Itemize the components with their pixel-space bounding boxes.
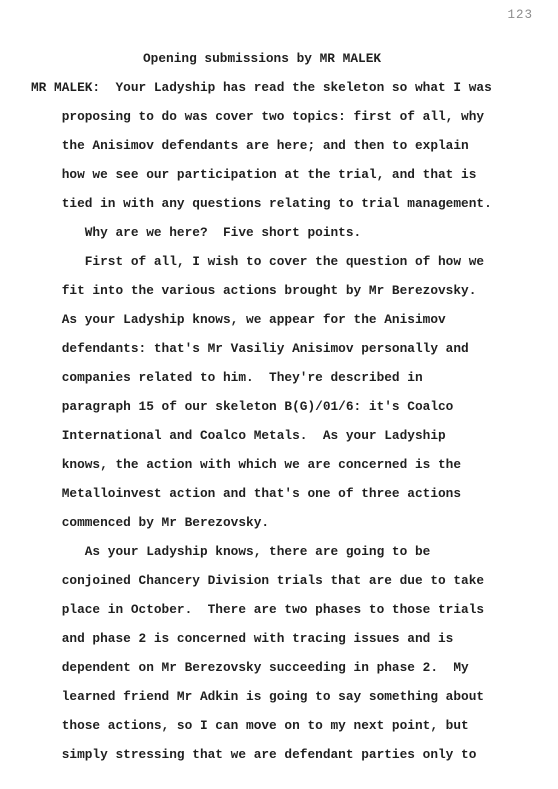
transcript-line: and phase 2 is concerned with tracing is… (31, 624, 558, 653)
transcript-line: International and Coalco Metals. As your… (31, 421, 558, 450)
transcript-line: learned friend Mr Adkin is going to say … (31, 682, 558, 711)
transcript-line: First of all, I wish to cover the questi… (31, 247, 558, 276)
transcript-line: the Anisimov defendants are here; and th… (31, 131, 558, 160)
transcript-line: how we see our participation at the tria… (31, 160, 558, 189)
transcript-line: defendants: that's Mr Vasiliy Anisimov p… (31, 334, 558, 363)
transcript-page: 123 Opening submissions by MR MALEK MR M… (0, 0, 558, 789)
transcript-body: Opening submissions by MR MALEK MR MALEK… (31, 44, 558, 769)
transcript-line: fit into the various actions brought by … (31, 276, 558, 305)
transcript-line: companies related to him. They're descri… (31, 363, 558, 392)
transcript-line: conjoined Chancery Division trials that … (31, 566, 558, 595)
section-heading: Opening submissions by MR MALEK (31, 44, 558, 73)
transcript-line: proposing to do was cover two topics: fi… (31, 102, 558, 131)
transcript-line: As your Ladyship knows, we appear for th… (31, 305, 558, 334)
transcript-line: As your Ladyship knows, there are going … (31, 537, 558, 566)
transcript-line: commenced by Mr Berezovsky. (31, 508, 558, 537)
transcript-line: simply stressing that we are defendant p… (31, 740, 558, 769)
transcript-line: Why are we here? Five short points. (31, 218, 558, 247)
transcript-line: Metalloinvest action and that's one of t… (31, 479, 558, 508)
transcript-line: paragraph 15 of our skeleton B(G)/01/6: … (31, 392, 558, 421)
page-number: 123 (507, 8, 533, 22)
transcript-lines: MR MALEK: Your Ladyship has read the ske… (31, 73, 558, 769)
transcript-line: place in October. There are two phases t… (31, 595, 558, 624)
transcript-line: MR MALEK: Your Ladyship has read the ske… (31, 73, 558, 102)
transcript-line: knows, the action with which we are conc… (31, 450, 558, 479)
transcript-line: tied in with any questions relating to t… (31, 189, 558, 218)
transcript-line: those actions, so I can move on to my ne… (31, 711, 558, 740)
transcript-line: dependent on Mr Berezovsky succeeding in… (31, 653, 558, 682)
